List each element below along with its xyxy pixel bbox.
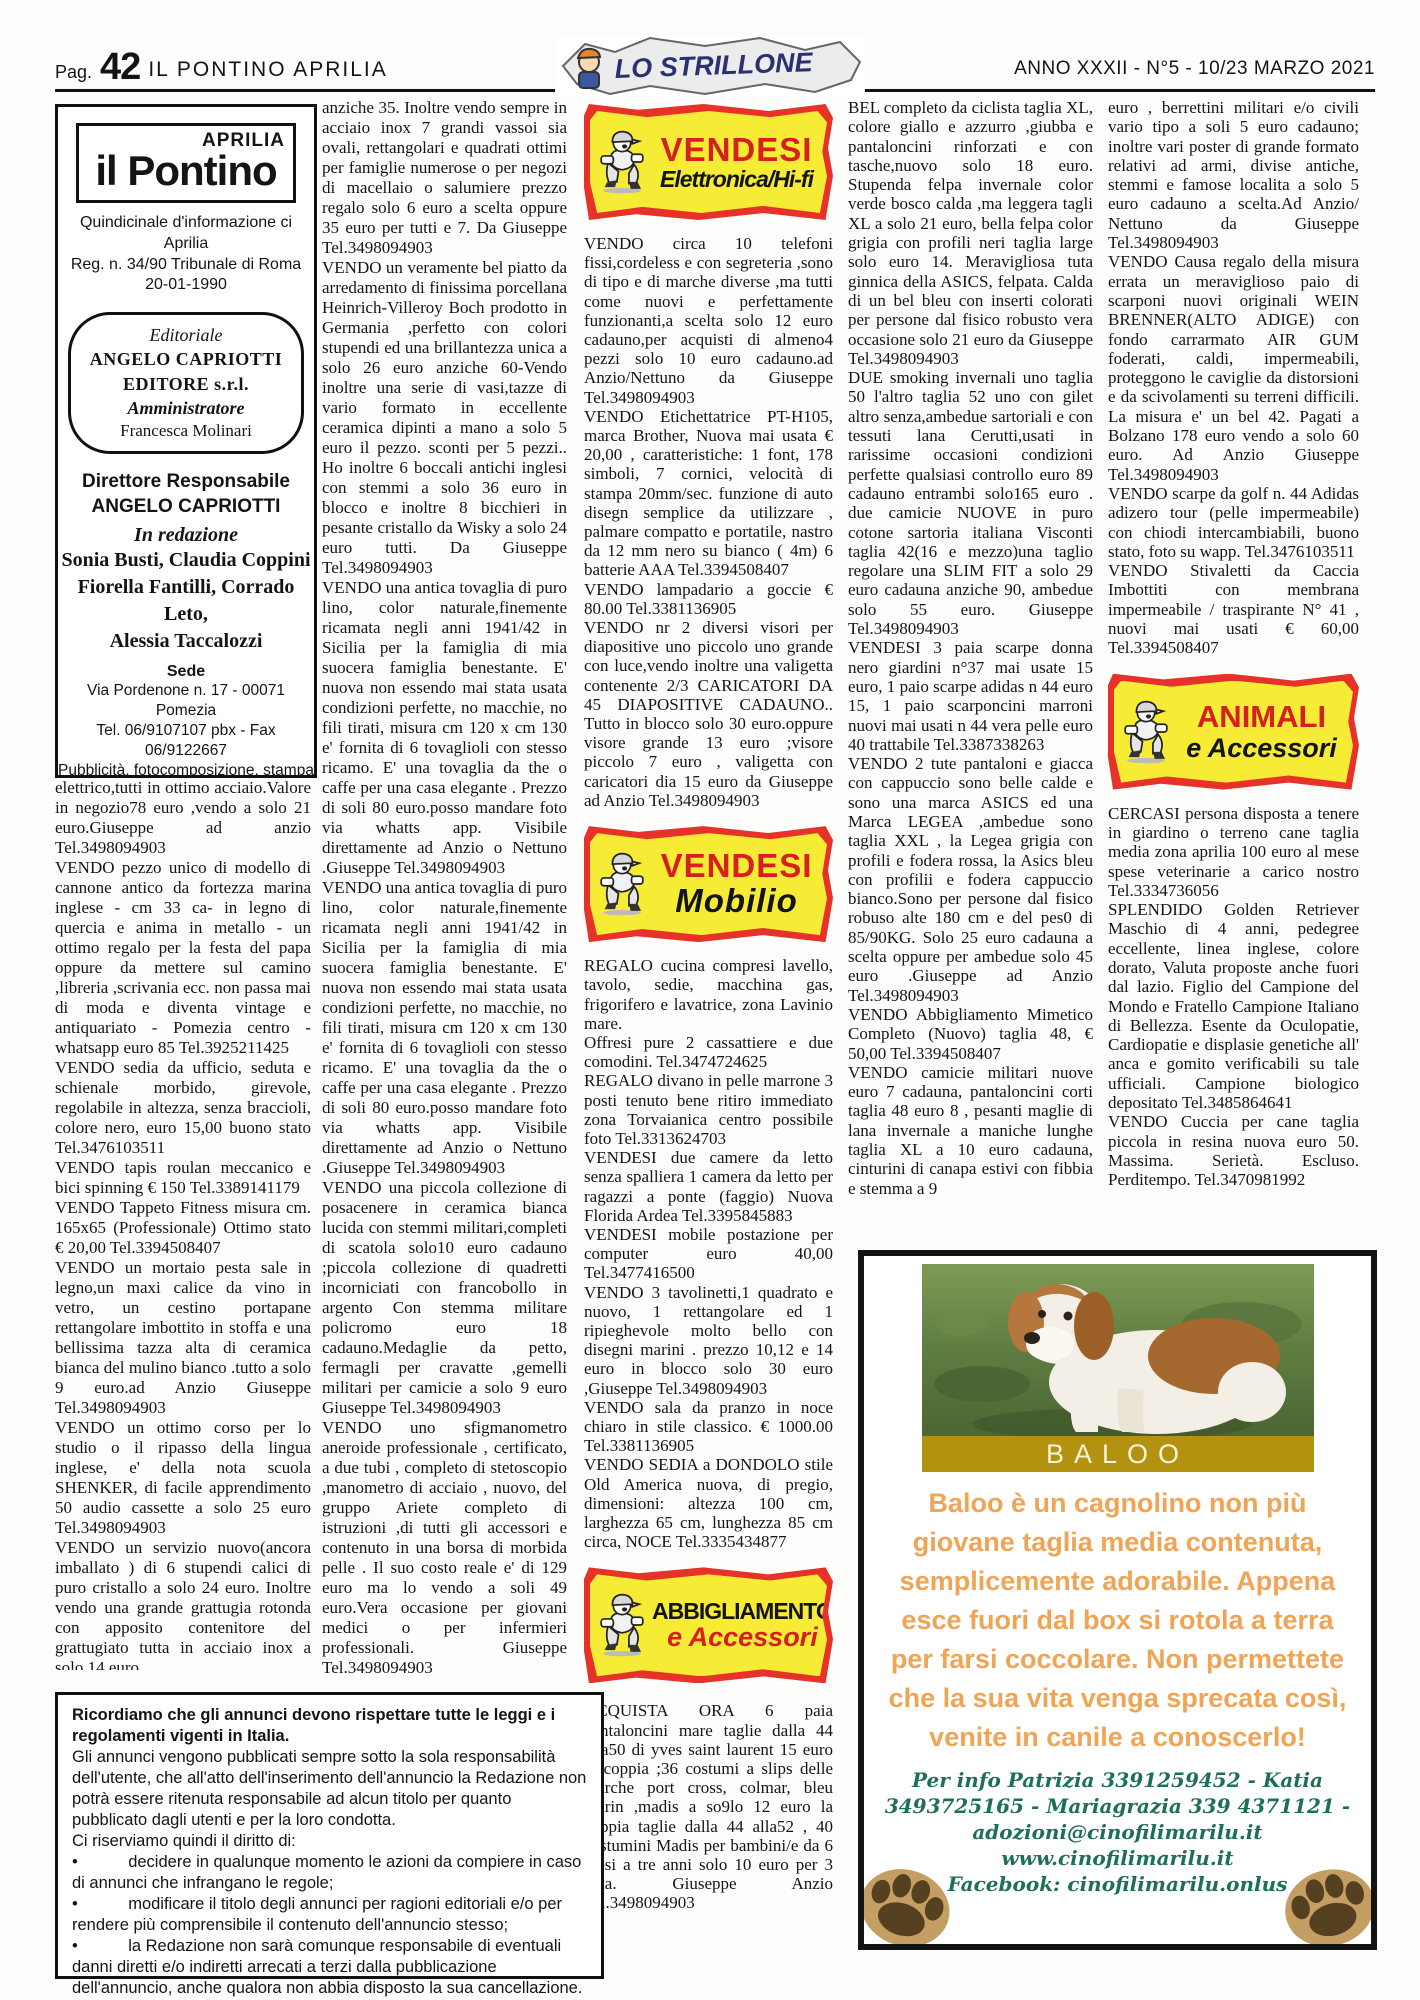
section-banner-elettronica: VENDESI Elettronica/Hi-fi [584,104,833,220]
ad: CERCASI persona disposta a tenere in gia… [1108,804,1359,900]
newsboy-icon [1120,699,1172,765]
lo-strillone-logo-icon: LO STRILLONE [555,36,865,98]
contact-line: 3493725165 - Mariagrazia 339 4371121 - [864,1793,1371,1819]
ad: VENDO Stivaletti da Caccia Imbottiti con… [1108,561,1359,657]
admin-name: Francesca Molinari [75,420,297,443]
ad: anziche 35. Inoltre vendo sempre in acci… [322,98,567,258]
masthead-subtitle-3: 20-01-1990 [58,275,314,296]
sede-label: Sede [58,663,314,681]
masthead-subtitle-2: Reg. n. 34/90 Tribunale di Roma [58,255,314,276]
header-left: Pag. 42 IL PONTINO APRILIA [55,48,388,86]
ad: VENDO Etichettatrice PT-H105, marca Brot… [584,407,833,580]
ad: VENDESI mobile postazione per computer e… [584,1225,833,1283]
masthead-subtitle-1: Quindicinale d'informazione ci Aprilia [58,213,314,255]
ad: VENDO un ottimo corso per lo studio o il… [55,1418,311,1538]
ad: VENDO circa 10 telefoni fissi,cordeless … [584,234,833,407]
ad: VENDO Tappeto Fitness misura cm. 165x65 … [55,1198,311,1258]
ad: REGALO divano in pelle marrone 3 posti t… [584,1071,833,1148]
masthead-title: il Pontino [87,150,285,192]
baloo-name: BALOO [1046,1439,1189,1470]
ad: VENDO tapis roulan meccanico e bici spin… [55,1158,311,1198]
masthead-box: APRILIA il Pontino Quindicinale d'inform… [55,104,317,778]
redazione-name-1: Sonia Busti, Claudia Coppini [58,547,314,574]
sede-address: Via Pordenone n. 17 - 00071 Pomezia [58,681,314,721]
ad: DUE smoking invernali uno taglia 50 l'al… [848,368,1093,638]
section-banner-animali: ANIMALI e Accessori [1108,674,1359,790]
ad: VENDO un servizio nuovo(ancora imballato… [55,1538,311,1670]
sede-phone: Tel. 06/9107107 pbx - Fax 06/9122667 [58,721,314,761]
ad: VENDO nr 2 diversi visori per diapositiv… [584,618,833,810]
ad: BEL completo da ciclista taglia XL, colo… [848,98,1093,368]
ad: ACQUISTA ORA 6 paia pantaloncini mare ta… [584,1701,833,1912]
ad: VENDO SEDIA a DONDOLO stile Old America … [584,1455,833,1551]
ad: VENDO Cuccia per cane taglia piccola in … [1108,1112,1359,1189]
column-3: VENDESI Elettronica/Hi-fi VENDO circa 10… [584,98,833,1990]
ad: VENDO una piccola collezione di posacene… [322,1178,567,1418]
ad: VENDO lampadario a goccie € 80.00 Tel.33… [584,580,833,618]
ad: VENDESI 3 paia scarpe donna nero giardin… [848,638,1093,754]
banner-line2: Elettronica/Hi-fi [652,167,821,191]
newspaper-page: Pag. 42 IL PONTINO APRILIA LO STRILLONE … [0,0,1420,2000]
sede-services-1: Pubblicità, fotocomposizione, stampa [58,761,314,778]
baloo-name-band: BALOO [922,1436,1314,1472]
ad: VENDO un mortaio pesta sale in legno,un … [55,1258,311,1418]
masthead-title-box: APRILIA il Pontino [76,123,296,203]
banner-line2: e Accessori [652,1623,833,1651]
ad: VENDO un veramente bel piatto da arredam… [322,258,567,578]
lo-strillone-logo: LO STRILLONE [555,36,865,98]
ad: SPLENDIDO Golden Retriever Maschio di 4 … [1108,900,1359,1112]
ad: VENDO uno sfigmanometro aneroide profess… [322,1418,567,1678]
banner-line1: ANIMALI [1176,701,1347,734]
editorial-company: ANGELO CAPRIOTTI EDITORE s.r.l. [75,347,297,396]
column-4: BEL completo da ciclista taglia XL, colo… [848,98,1093,1240]
redazione-name-3: Alessia Taccalozzi [58,628,314,655]
contact-line: www.cinofilimarilu.it [864,1845,1371,1871]
ad: VENDO 2 tute pantaloni e giacca con capp… [848,754,1093,1005]
ad: Offresi pure 2 cassattiere e due comodin… [584,1033,833,1071]
page-label: Pag. [55,62,92,86]
ad: euro , berrettini militari e/o civili va… [1108,98,1359,252]
baloo-description: Baloo è un cagnolino non più giovane tag… [880,1484,1355,1757]
ad: VENDO scarpe da golf n. 44 Adidas adizer… [1108,484,1359,561]
ad: VENDESI due camere da letto senza spalli… [584,1148,833,1225]
contact-line: adozioni@cinofilimarilu.it [864,1819,1371,1845]
ad: VENDO una antica tovaglia di puro lino, … [322,878,567,1178]
newsboy-icon [596,851,648,917]
ad: VENDO sala da pranzo in noce chiaro in s… [584,1398,833,1456]
dog-photo [922,1264,1314,1436]
ad: VENDO 3 tavolinetti,1 quadrato e nuovo, … [584,1283,833,1398]
redazione-name-2: Fiorella Fantilli, Corrado Leto, [58,574,314,628]
ad: VENDO Abbigliamento Mimetico Completo (N… [848,1005,1093,1063]
ad: REGALO cucina compresi lavello, tavolo, … [584,956,833,1033]
rules-title: Ricordiamo che gli annunci devono rispet… [72,1705,587,1747]
newspaper-name: IL PONTINO APRILIA [148,58,387,86]
ad: VENDO una antica tovaglia di puro lino, … [322,578,567,878]
ad: VENDO sedia da ufficio, seduta e schiena… [55,1058,311,1158]
banner-line2: e Accessori [1176,734,1347,762]
column-5: euro , berrettini militari e/o civili va… [1108,98,1359,1246]
section-banner-abbigliamento: ABBIGLIAMENTO e Accessori [584,1567,833,1683]
redazione-label: In redazione [58,524,314,547]
newsboy-icon [596,129,648,195]
editorial-label: Editoriale [75,323,297,347]
rules-intro: Ci riserviamo quindi il diritto di: [72,1831,587,1852]
masthead-editorial-box: Editoriale ANGELO CAPRIOTTI EDITORE s.r.… [68,312,304,454]
section-banner-mobilio: VENDESI Mobilio [584,826,833,942]
admin-label: Amministratore [75,396,297,420]
issue-info: ANNO XXXII - N°5 - 10/23 MARZO 2021 [1014,58,1375,80]
rules-bullet: • la Redazione non sarà comunque respons… [72,1936,587,1999]
banner-line1: VENDESI [652,849,821,884]
newsboy-icon [596,1592,648,1658]
ad: elettrico,tutti in ottimo acciaio.Valore… [55,778,311,858]
banner-line2: Mobilio [652,884,821,919]
ad: VENDO Causa regalo della misura errata u… [1108,252,1359,484]
rules-body: Gli annunci vengono pubblicati sempre so… [72,1747,587,1831]
banner-line1: ABBIGLIAMENTO [652,1599,833,1623]
director-name: ANGELO CAPRIOTTI [58,495,314,520]
page-number: 42 [100,48,140,86]
rules-box: Ricordiamo che gli annunci devono rispet… [55,1692,604,1979]
column-1: elettrico,tutti in ottimo acciaio.Valore… [55,778,311,1670]
banner-line1: VENDESI [652,133,821,168]
ad: VENDO pezzo unico di modello di cannone … [55,858,311,1058]
baloo-adoption-box: BALOO Baloo è un cagnolino non più giova… [858,1250,1377,1950]
contact-line: Per info Patrizia 3391259452 - Katia [864,1767,1371,1793]
column-2: anziche 35. Inoltre vendo sempre in acci… [322,98,567,1683]
rules-bullet: • decidere in qualunque momento le azion… [72,1852,587,1894]
rules-bullet: • modificare il titolo degli annunci per… [72,1894,587,1936]
director-label: Direttore Responsabile [58,470,314,495]
ad: VENDO camicie militari nuove euro 7 cada… [848,1063,1093,1198]
